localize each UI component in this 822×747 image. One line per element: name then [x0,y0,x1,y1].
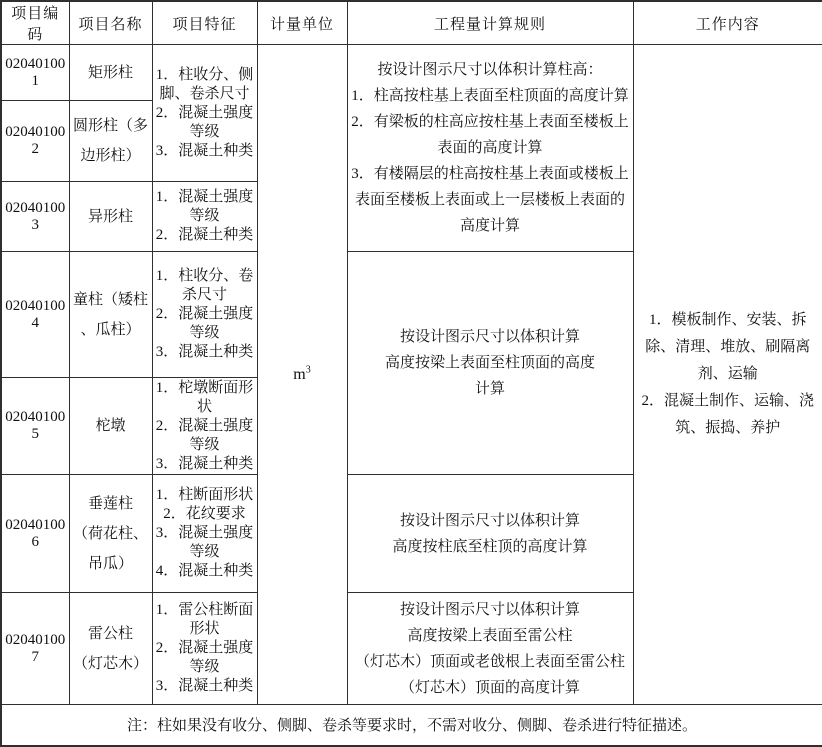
calc-rules-cell: 按设计图示尺寸以体积计算柱高：1．柱高按柱基上表面至柱顶面的高度计算2．有梁板的… [347,45,633,252]
text-line: 2．混凝土种类 [155,226,255,245]
text-line: 异形柱 [72,202,150,232]
text-line: 计算 [350,376,631,402]
spec-table: 项目编码 项目名称 项目特征 计量单位 工程量计算规则 工作内容 0204010… [0,0,822,747]
text-line: 2．混凝土强度 [155,639,255,658]
text-line: 3．混凝土种类 [155,677,255,696]
text-line: 2．有梁板的柱高应按柱基上表面至楼板上 [350,109,631,135]
calc-rules-cell: 按设计图示尺寸以体积计算高度按梁上表面至雷公柱（灯芯木）顶面或老戗根上表面至雷公… [347,593,633,705]
text-line: 杀尺寸 [155,286,255,305]
project-features-cell: 1．柱收分、卷杀尺寸2．混凝土强度等级3．混凝土种类 [152,252,257,378]
text-line: 1．柱收分、侧 [155,66,255,85]
text-line: 等级 [155,207,255,226]
col-header-project-code: 项目编码 [1,1,69,45]
table-row: 020401001 矩形柱 1．柱收分、侧脚、卷杀尺寸2．混凝土强度等级3．混凝… [1,45,822,101]
text-line: 1．混凝土强度 [155,188,255,207]
project-code-cell: 020401002 [1,101,69,182]
text-line: 童柱（矮柱 [72,285,150,315]
text-line: 等级 [155,436,255,455]
text-line: 剂、运输 [636,361,821,388]
project-features-cell: 1．柁墩断面形状2．混凝土强度等级3．混凝土种类 [152,378,257,475]
text-line: 雷公柱 [72,619,150,649]
project-code-cell: 020401004 [1,252,69,378]
text-line: 按设计图示尺寸以体积计算 [350,597,631,623]
text-line: 垂莲柱 [72,489,150,519]
project-features-cell: 1．柱断面形状2．花纹要求3．混凝土强度等级4．混凝土种类 [152,475,257,593]
text-line: 、瓜柱） [72,315,150,345]
text-line: 1．雷公柱断面 [155,601,255,620]
text-line: 等级 [155,658,255,677]
text-line: 1．柱收分、卷 [155,267,255,286]
unit-exponent: 3 [306,364,311,375]
text-line: 高度按梁上表面至雷公柱 [350,623,631,649]
col-header-unit: 计量单位 [257,1,347,45]
text-line: 除、清理、堆放、刷隔离 [636,334,821,361]
project-features-cell: 1．柱收分、侧脚、卷杀尺寸2．混凝土强度等级3．混凝土种类 [152,45,257,182]
text-line: 4．混凝土种类 [155,562,255,581]
project-code-cell: 020401005 [1,378,69,475]
note-text: 注：柱如果没有收分、侧脚、卷杀等要求时，不需对收分、侧脚、卷杀进行特征描述。 [1,705,822,746]
text-line: 1．柱断面形状 [155,486,255,505]
text-line: 形状 [155,620,255,639]
text-line: 3．混凝土种类 [155,455,255,474]
text-line: 脚、卷杀尺寸 [155,85,255,104]
project-name-cell: 矩形柱 [69,45,152,101]
text-line: 圆形柱（多 [72,111,150,141]
text-line: 高度按梁上表面至柱顶面的高度 [350,350,631,376]
project-name-cell: 垂莲柱（荷花柱、吊瓜） [69,475,152,593]
text-line: （灯芯木）顶面或老戗根上表面至雷公柱 [350,649,631,675]
text-line: 筑、振捣、养护 [636,415,821,442]
text-line: 3．混凝土种类 [155,343,255,362]
project-code-cell: 020401003 [1,182,69,252]
project-name-cell: 异形柱 [69,182,152,252]
header-row: 项目编码 项目名称 项目特征 计量单位 工程量计算规则 工作内容 [1,1,822,45]
project-name-cell: 柁墩 [69,378,152,475]
text-line: 边形柱） [72,141,150,171]
text-line: 状 [155,398,255,417]
text-line: （荷花柱、 [72,519,150,549]
unit-value: m [293,366,305,383]
project-name-cell: 雷公柱（灯芯木） [69,593,152,705]
col-header-project-name: 项目名称 [69,1,152,45]
text-line: （灯芯木）顶面的高度计算 [350,675,631,701]
text-line: 3．有楼隔层的柱高按柱基上表面或楼板上 [350,161,631,187]
text-line: （灯芯木） [72,649,150,679]
text-line: 矩形柱 [72,58,150,88]
project-name-cell: 童柱（矮柱、瓜柱） [69,252,152,378]
text-line: 高度计算 [350,213,631,239]
text-line: 2．花纹要求 [155,505,255,524]
text-line: 3．混凝土种类 [155,142,255,161]
text-line: 2．混凝土强度 [155,305,255,324]
project-code-cell: 020401006 [1,475,69,593]
text-line: 1．柱高按柱基上表面至柱顶面的高度计算 [350,83,631,109]
note-row: 注：柱如果没有收分、侧脚、卷杀等要求时，不需对收分、侧脚、卷杀进行特征描述。 [1,705,822,746]
project-code-cell: 020401007 [1,593,69,705]
col-header-work-content: 工作内容 [633,1,822,45]
project-features-cell: 1．雷公柱断面形状2．混凝土强度等级3．混凝土种类 [152,593,257,705]
text-line: 2．混凝土强度 [155,104,255,123]
text-line: 按设计图示尺寸以体积计算柱高： [350,57,631,83]
work-content-cell: 1．模板制作、安装、拆除、清理、堆放、刷隔离剂、运输2．混凝土制作、运输、浇筑、… [633,45,822,705]
col-header-calc-rules: 工程量计算规则 [347,1,633,45]
text-line: 2．混凝土强度 [155,417,255,436]
project-features-cell: 1．混凝土强度等级2．混凝土种类 [152,182,257,252]
text-line: 等级 [155,123,255,142]
col-header-project-features: 项目特征 [152,1,257,45]
text-line: 1．模板制作、安装、拆 [636,307,821,334]
text-line: 表面的高度计算 [350,135,631,161]
text-line: 柁墩 [72,411,150,441]
unit-cell: m3 [257,45,347,705]
text-line: 按设计图示尺寸以体积计算 [350,508,631,534]
text-line: 等级 [155,324,255,343]
project-code-cell: 020401001 [1,45,69,101]
text-line: 3．混凝土强度 [155,524,255,543]
text-line: 1．柁墩断面形 [155,379,255,398]
calc-rules-cell: 按设计图示尺寸以体积计算高度按梁上表面至柱顶面的高度计算 [347,252,633,475]
text-line: 等级 [155,543,255,562]
text-line: 吊瓜） [72,549,150,579]
text-line: 表面至楼板上表面或上一层楼板上表面的 [350,187,631,213]
text-line: 2．混凝土制作、运输、浇 [636,388,821,415]
calc-rules-cell: 按设计图示尺寸以体积计算高度按柱底至柱顶的高度计算 [347,475,633,593]
text-line: 按设计图示尺寸以体积计算 [350,324,631,350]
project-name-cell: 圆形柱（多边形柱） [69,101,152,182]
text-line: 高度按柱底至柱顶的高度计算 [350,534,631,560]
